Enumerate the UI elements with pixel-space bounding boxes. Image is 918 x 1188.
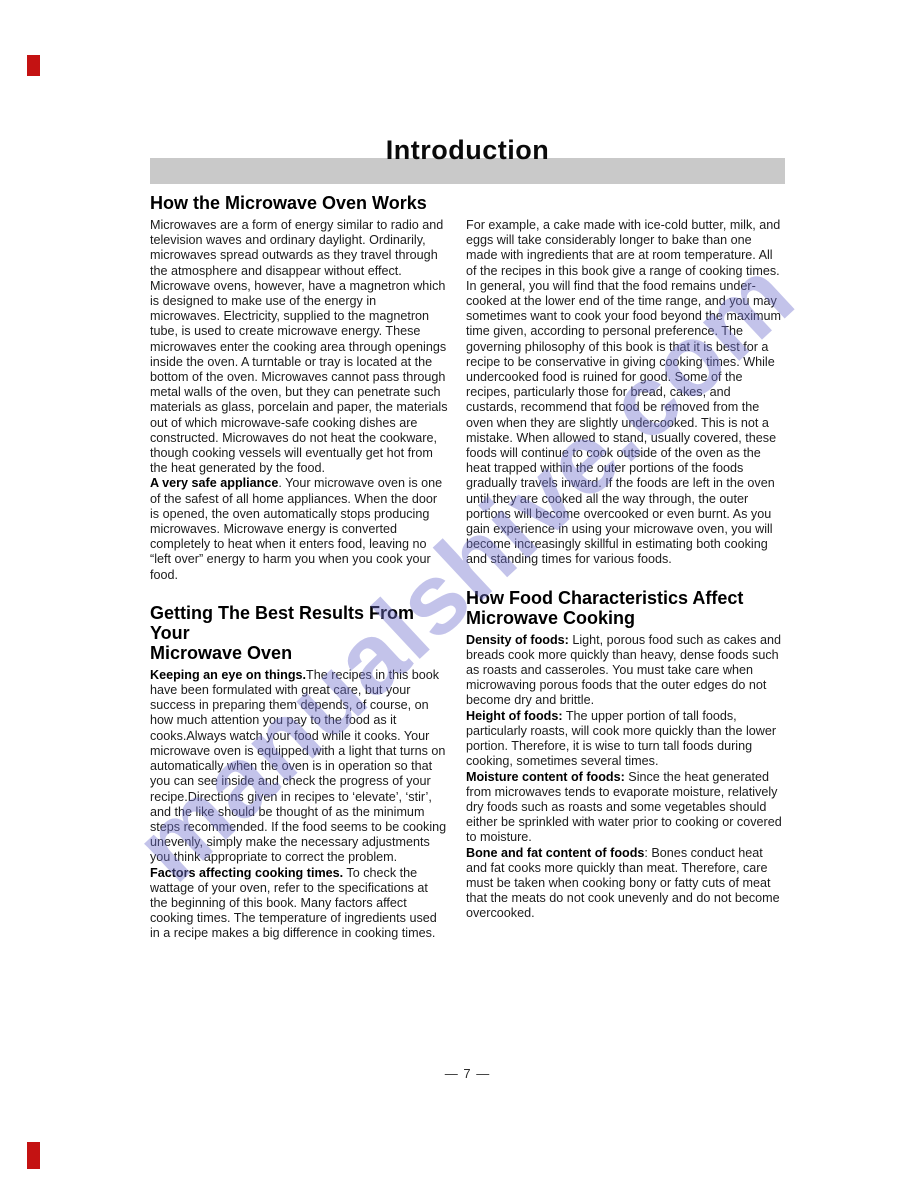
paragraph-text: Microwaves are a form of energy similar … bbox=[150, 218, 448, 475]
section-heading-food-characteristics: How Food Characteristics Affect Microwav… bbox=[466, 588, 785, 628]
section-heading-how-it-works: How the Microwave Oven Works bbox=[150, 193, 448, 213]
paragraph-lead-bold: Keeping an eye on things. bbox=[150, 668, 306, 682]
paragraph-lead-bold: Density of foods: bbox=[466, 633, 569, 647]
heading-line: How the Microwave Oven Works bbox=[150, 193, 448, 213]
paragraph-density-of-foods: Density of foods: Light, porous food suc… bbox=[466, 633, 785, 709]
paragraph-lead-bold: Moisture content of foods: bbox=[466, 770, 625, 784]
red-edge-mark-bottom bbox=[27, 1142, 40, 1169]
paragraph-text: . Your microwave oven is one of the safe… bbox=[150, 476, 442, 581]
paragraph-lead-bold: Height of foods: bbox=[466, 709, 563, 723]
paragraph-keeping-an-eye: Keeping an eye on things.The recipes in … bbox=[150, 668, 448, 866]
paragraph-bone-and-fat: Bone and fat content of foods: Bones con… bbox=[466, 846, 785, 922]
paragraph-lead-bold: Bone and fat content of foods bbox=[466, 846, 644, 860]
paragraph-moisture-content: Moisture content of foods: Since the hea… bbox=[466, 770, 785, 846]
paragraph-very-safe-appliance: A very safe appliance. Your microwave ov… bbox=[150, 476, 448, 582]
paragraph-for-example-cake: For example, a cake made with ice-cold b… bbox=[466, 218, 785, 568]
section-heading-best-results: Getting The Best Results From Your Micro… bbox=[150, 603, 448, 663]
right-column: For example, a cake made with ice-cold b… bbox=[466, 193, 785, 922]
paragraph-height-of-foods: Height of foods: The upper portion of ta… bbox=[466, 709, 785, 770]
heading-line: Microwave Oven bbox=[150, 643, 448, 663]
heading-line: How Food Characteristics Affect bbox=[466, 588, 785, 608]
heading-line: Getting The Best Results From Your bbox=[150, 603, 448, 643]
paragraph-microwaves-energy: Microwaves are a form of energy similar … bbox=[150, 218, 448, 476]
paragraph-factors-affecting: Factors affecting cooking times. To chec… bbox=[150, 866, 448, 942]
paragraph-lead-bold: A very safe appliance bbox=[150, 476, 278, 490]
red-edge-mark-top bbox=[27, 55, 40, 76]
manual-page: Introduction How the Microwave Oven Work… bbox=[0, 0, 918, 1188]
paragraph-text: The recipes in this book have been formu… bbox=[150, 668, 446, 864]
page-number: — 7 — bbox=[150, 1066, 785, 1081]
left-column: How the Microwave Oven Works Microwaves … bbox=[150, 193, 448, 942]
paragraph-text: For example, a cake made with ice-cold b… bbox=[466, 218, 781, 566]
heading-line: Microwave Cooking bbox=[466, 608, 785, 628]
page-title: Introduction bbox=[150, 133, 785, 167]
paragraph-lead-bold: Factors affecting cooking times. bbox=[150, 866, 343, 880]
